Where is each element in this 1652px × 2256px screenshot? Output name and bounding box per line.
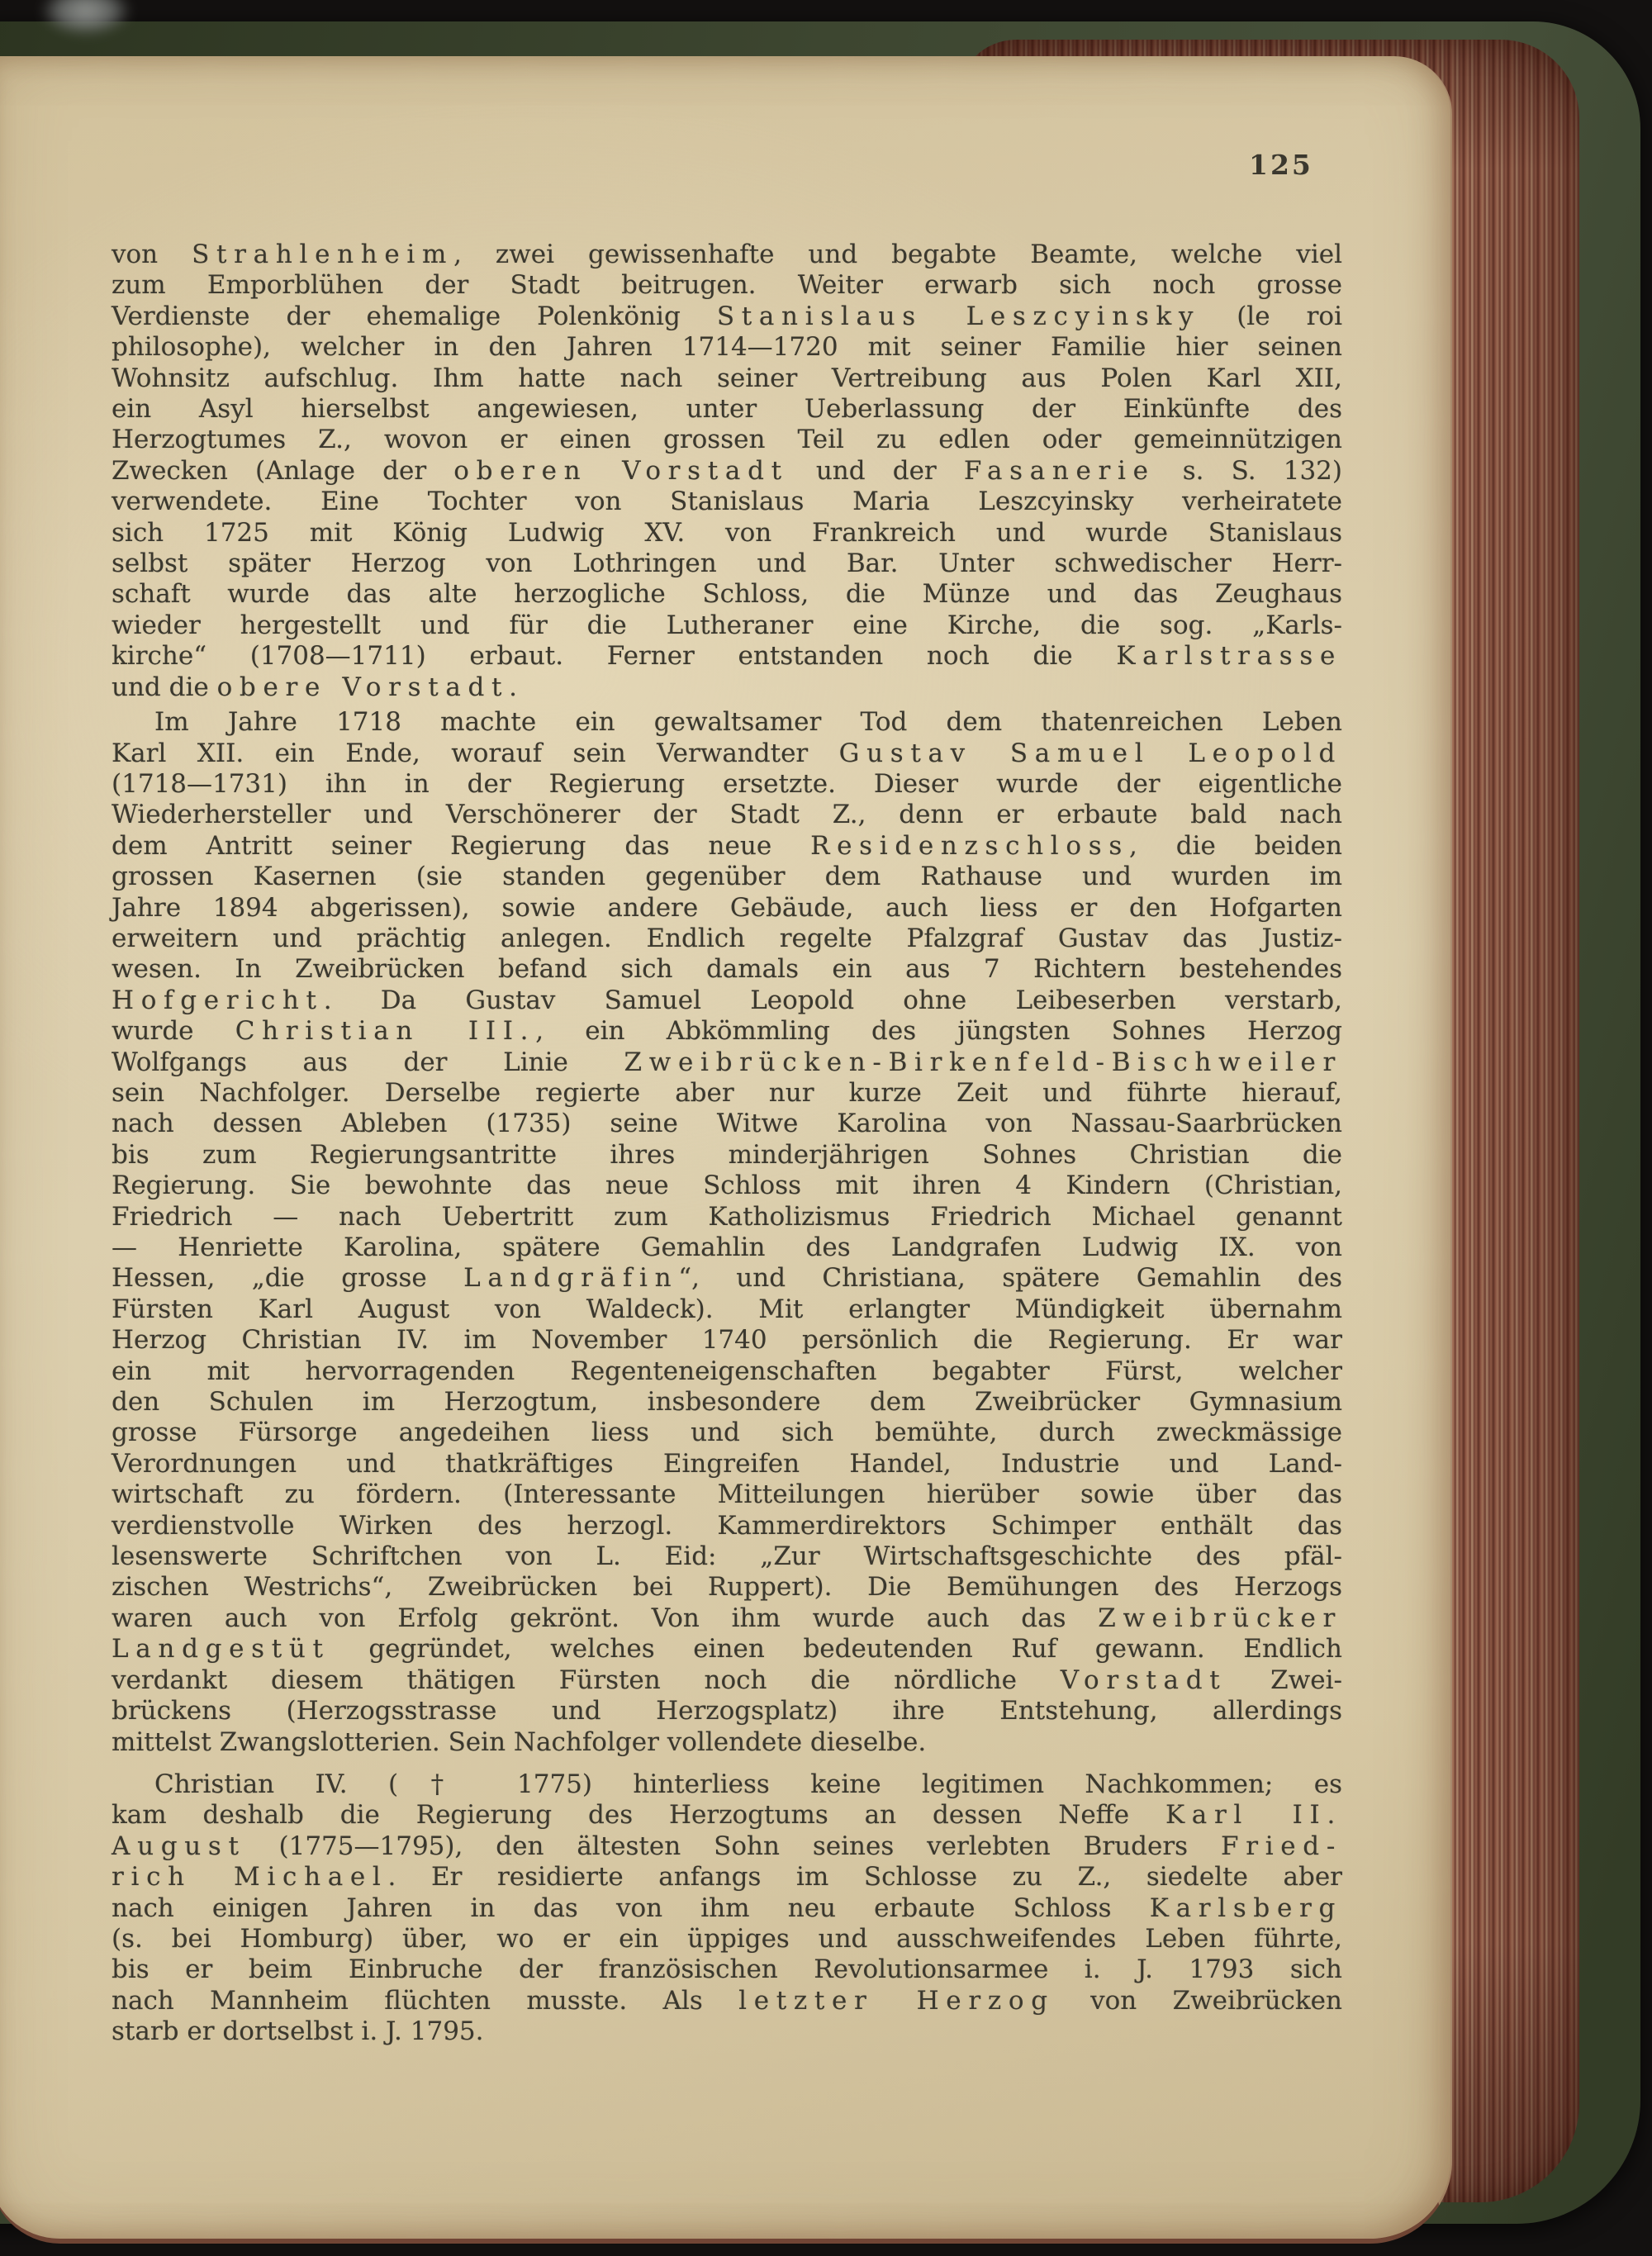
text-line: Fürsten Karl August von Waldeck). Mit er… [112, 1294, 1342, 1325]
paragraph-1: von Strahlenheim, zwei gewissenhafte und… [112, 240, 1342, 703]
text-line: Regierung. Sie bewohnte das neue Schloss… [112, 1171, 1342, 1201]
book-scan: 125 von Strahlenheim, zwei gewissenhafte… [0, 0, 1652, 2256]
text-line: August (1775—1795), den ältesten Sohn se… [112, 1831, 1342, 1862]
text-line: Karl XII. ein Ende, worauf sein Verwandt… [112, 739, 1342, 769]
text-line: mittelst Zwangslotterien. Sein Nachfolge… [112, 1727, 1342, 1758]
text-line: starb er dortselbst i. J. 1795. [112, 2016, 1342, 2047]
text-line: Wolfgangs aus der Linie Zweibrücken-Birk… [112, 1047, 1342, 1078]
text-line: Herzogtumes Z., wovon er einen grossen T… [112, 425, 1342, 455]
text-line: waren auch von Erfolg gekrönt. Von ihm w… [112, 1603, 1342, 1634]
text-line: kirche“ (1708—1711) erbaut. Ferner entst… [112, 641, 1342, 672]
text-line: Verdienste der ehemalige Polenkönig Stan… [112, 302, 1342, 332]
text-line: wieder hergestellt und für die Lutherane… [112, 610, 1342, 641]
text-line: wurde Christian III., ein Abkömmling des… [112, 1016, 1342, 1047]
text-line: und die obere Vorstadt. [112, 672, 1342, 703]
text-line: rich Michael. Er residierte anfangs im S… [112, 1862, 1342, 1893]
text-line: Verordnungen und thatkräftiges Eingreife… [112, 1449, 1342, 1479]
text-line: zischen Westrichs“, Zweibrücken bei Rupp… [112, 1572, 1342, 1603]
text-line: verwendete. Eine Tochter von Stanislaus … [112, 487, 1342, 517]
text-line: Wiederhersteller und Verschönerer der St… [112, 800, 1342, 830]
text-line: wirtschaft zu fördern. (Interessante Mit… [112, 1479, 1342, 1510]
text-line: bis er beim Einbruche der französischen … [112, 1954, 1342, 1985]
text-line: erweitern und prächtig anlegen. Endlich … [112, 924, 1342, 954]
paragraph-2: Im Jahre 1718 machte ein gewaltsamer Tod… [112, 707, 1342, 1758]
paragraph-3: Christian IV. († 1775) hinterliess keine… [112, 1769, 1342, 2048]
text-line: schaft wurde das alte herzogliche Schlos… [112, 579, 1342, 610]
page-number: 125 [1249, 149, 1313, 181]
text-line: zum Emporblühen der Stadt beitrugen. Wei… [112, 270, 1342, 301]
text-line: den Schulen im Herzogtum, insbesondere d… [112, 1387, 1342, 1418]
text-line: von Strahlenheim, zwei gewissenhafte und… [112, 240, 1342, 270]
text-line: selbst später Herzog von Lothringen und … [112, 549, 1342, 579]
text-line: Hessen, „die grosse Landgräfin“, und Chr… [112, 1263, 1342, 1294]
text-line: wesen. In Zweibrücken befand sich damals… [112, 954, 1342, 985]
text-line: Friedrich — nach Uebertritt zum Katholiz… [112, 1202, 1342, 1232]
text-line: Christian IV. († 1775) hinterliess keine… [112, 1769, 1342, 1800]
text-line: Wohnsitz aufschlug. Ihm hatte nach seine… [112, 363, 1342, 394]
book-page: 125 von Strahlenheim, zwei gewissenhafte… [0, 56, 1452, 2244]
text-line: Herzog Christian IV. im November 1740 pe… [112, 1325, 1342, 1356]
text-line: grossen Kasernen (sie standen gegenüber … [112, 862, 1342, 892]
text-line: verdienstvolle Wirken des herzogl. Kamme… [112, 1511, 1342, 1541]
text-line: nach Mannheim flüchten musste. Als letzt… [112, 1986, 1342, 2016]
text-line: grosse Fürsorge angedeihen liess und sic… [112, 1418, 1342, 1448]
text-line: nach einigen Jahren in das von ihm neu e… [112, 1893, 1342, 1924]
text-line: ein mit hervorragenden Regenteneigenscha… [112, 1356, 1342, 1387]
page-text: von Strahlenheim, zwei gewissenhafte und… [112, 240, 1342, 2048]
text-line: — Henriette Karolina, spätere Gemahlin d… [112, 1232, 1342, 1263]
text-line: brückens (Herzogsstrasse und Herzogsplat… [112, 1696, 1342, 1726]
text-line: dem Antritt seiner Regierung das neue Re… [112, 831, 1342, 862]
text-line: Landgestüt gegründet, welches einen bede… [112, 1634, 1342, 1665]
text-line: bis zum Regierungsantritte ihres minderj… [112, 1140, 1342, 1171]
text-line: (1718—1731) ihn in der Regierung ersetzt… [112, 769, 1342, 800]
text-line: lesenswerte Schriftchen von L. Eid: „Zur… [112, 1541, 1342, 1572]
text-line: kam deshalb die Regierung des Herzogtums… [112, 1800, 1342, 1831]
text-line: philosophe), welcher in den Jahren 1714—… [112, 332, 1342, 363]
text-line: Im Jahre 1718 machte ein gewaltsamer Tod… [112, 707, 1342, 738]
text-line: Hofgericht. Da Gustav Samuel Leopold ohn… [112, 986, 1342, 1016]
text-line: (s. bei Homburg) über, wo er ein üppiges… [112, 1924, 1342, 1954]
text-line: ein Asyl hierselbst angewiesen, unter Ue… [112, 394, 1342, 425]
text-line: Zwecken (Anlage der oberen Vorstadt und … [112, 456, 1342, 487]
text-line: Jahre 1894 abgerissen), sowie andere Geb… [112, 893, 1342, 924]
text-line: verdankt diesem thätigen Fürsten noch di… [112, 1665, 1342, 1696]
text-line: sich 1725 mit König Ludwig XV. von Frank… [112, 518, 1342, 549]
text-line: nach dessen Ableben (1735) seine Witwe K… [112, 1109, 1342, 1139]
text-line: sein Nachfolger. Derselbe regierte aber … [112, 1078, 1342, 1109]
